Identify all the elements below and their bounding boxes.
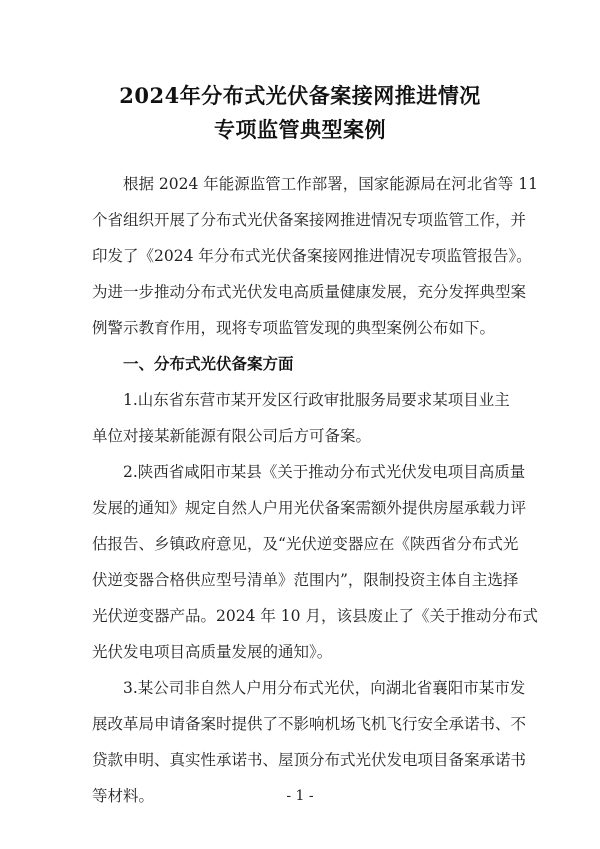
paragraph-line: 个省组织开展了分布式光伏备案接网推进情况专项监管工作，并 [92,210,508,230]
paragraph-line: 伏逆变器合格供应型号清单》范围内”，限制投资主体自主选择 [92,570,508,590]
paragraph-line: 例警示教育作用，现将专项监管发现的典型案例公布如下。 [92,318,508,338]
paragraph-line: 单位对接某新能源有限公司后方可备案。 [92,426,508,446]
page-number: - 1 - [0,788,600,804]
paragraph-line: 光伏逆变器产品。2024 年 10 月，该县废止了《关于推动分布式 [92,606,508,626]
paragraph-line: 贷款申明、真实性承诺书、屋顶分布式光伏发电项目备案承诺书 [92,750,508,770]
paragraph-line: 印发了《2024 年分布式光伏备案接网推进情况专项监管报告》。 [92,246,508,266]
paragraph-line: 根据 2024 年能源监管工作部署，国家能源局在河北省等 11 [92,174,508,194]
paragraph-line: 展改革局申请备案时提供了不影响机场飞机飞行安全承诺书、不 [92,714,508,734]
paragraph-line: 2.陕西省咸阳市某县《关于推动分布式光伏发电项目高质量 [92,462,508,482]
paragraph-line: 光伏发电项目高质量发展的通知》。 [92,642,508,662]
paragraph-line: 为进一步推动分布式光伏发电高质量健康发展，充分发挥典型案 [92,282,508,302]
paragraph-line: 1.山东省东营市某开发区行政审批服务局要求某项目业主 [92,390,508,410]
document-title-line-2: 专项监管典型案例 [0,114,600,144]
paragraph-line: 发展的通知》规定自然人户用光伏备案需额外提供房屋承载力评 [92,498,508,518]
paragraph-line: 3.某公司非自然人户用分布式光伏，向湖北省襄阳市某市发 [92,678,508,698]
section-heading: 一、分布式光伏备案方面 [92,354,508,374]
document-title-line-1: 2024年分布式光伏备案接网推进情况 [0,80,600,110]
paragraph-line: 估报告、乡镇政府意见，及“光伏逆变器应在《陕西省分布式光 [92,534,508,554]
